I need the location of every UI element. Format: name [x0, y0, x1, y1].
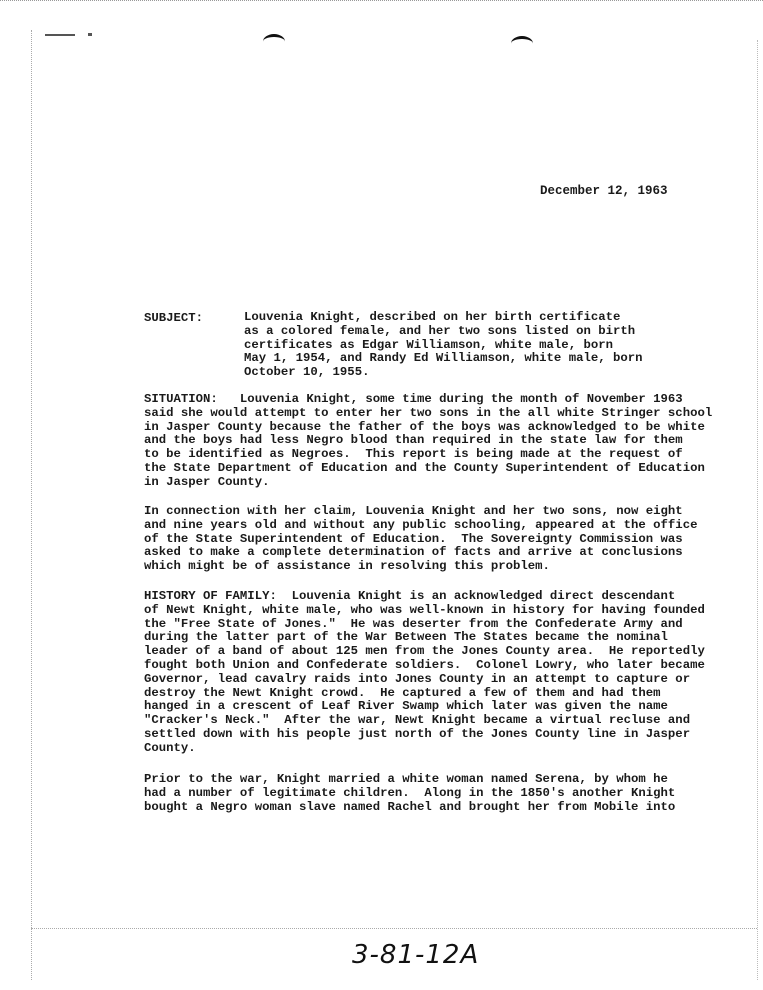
page-edge-right — [757, 40, 758, 980]
subject-line: certificates as Edgar Williamson, white … — [244, 338, 613, 352]
scan-artifact — [45, 34, 75, 36]
page-edge-top — [0, 0, 763, 1]
subject-line: May 1, 1954, and Randy Ed Williamson, wh… — [244, 351, 642, 365]
page-edge-bottom — [31, 928, 757, 929]
handwritten-page-number: 3-81-12A — [352, 940, 479, 970]
page-edge-left — [31, 30, 32, 980]
subject-label: SUBJECT: — [144, 311, 203, 325]
binder-hole-mark-icon — [263, 34, 285, 49]
connection-paragraph: In connection with her claim, Louvenia K… — [144, 505, 697, 574]
prior-paragraph: Prior to the war, Knight married a white… — [144, 773, 675, 814]
scan-artifact — [88, 33, 92, 36]
subject-body: Louvenia Knight, described on her birth … — [244, 311, 642, 380]
situation-paragraph: SITUATION: Louvenia Knight, some time du… — [144, 393, 712, 490]
subject-line: October 10, 1955. — [244, 365, 369, 379]
history-paragraph: HISTORY OF FAMILY: Louvenia Knight is an… — [144, 590, 705, 756]
subject-line: as a colored female, and her two sons li… — [244, 324, 635, 338]
document-date: December 12, 1963 — [540, 184, 668, 198]
document-page: December 12, 1963 SUBJECT: Louvenia Knig… — [0, 0, 763, 990]
subject-line: Louvenia Knight, described on her birth … — [244, 310, 620, 324]
binder-hole-mark-icon — [511, 36, 533, 51]
